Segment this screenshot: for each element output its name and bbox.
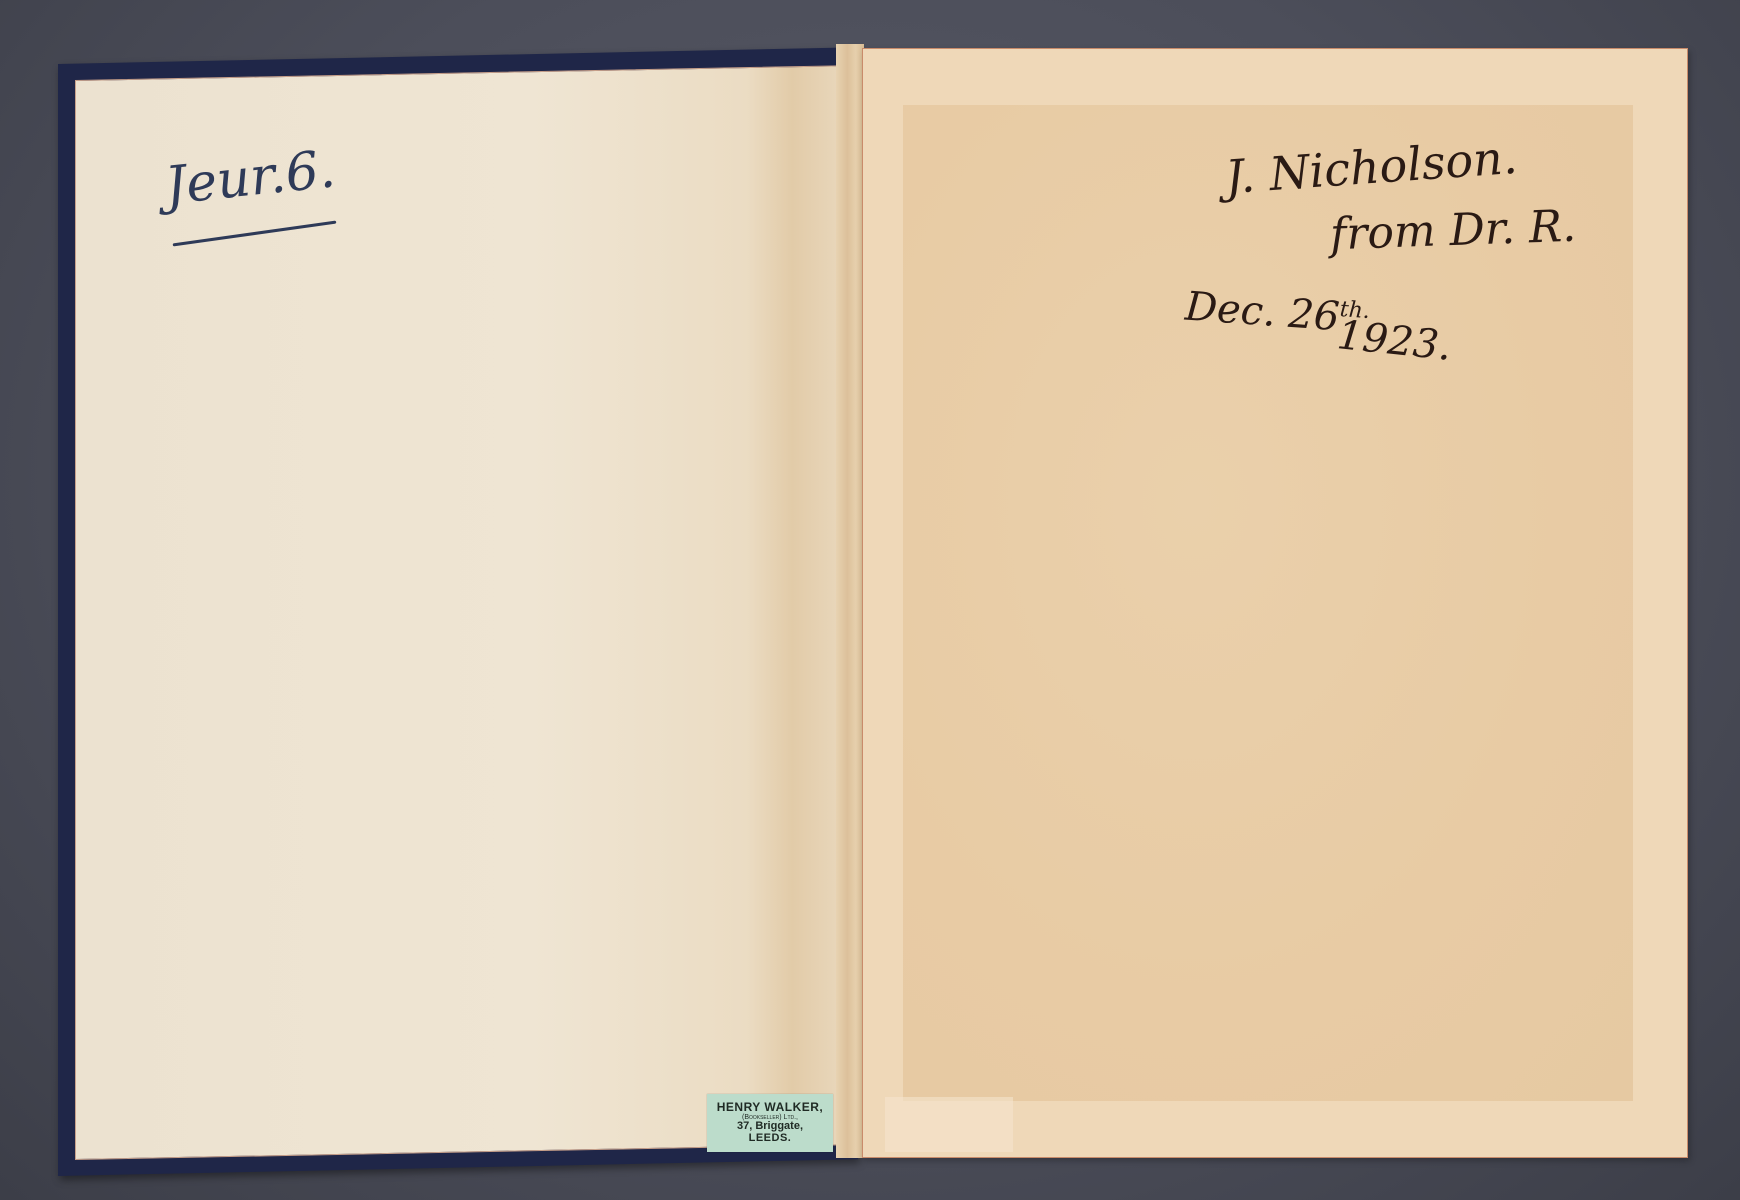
inscription-from: from Dr. R. <box>1329 201 1577 261</box>
bookseller-label: HENRY WALKER, (Bookseller) Ltd., 37, Bri… <box>707 1094 833 1152</box>
offset-label-patch <box>885 1097 1013 1152</box>
label-line-1: HENRY WALKER, <box>707 1101 833 1114</box>
flyleaf-toned-area <box>903 105 1633 1101</box>
book-spine-gutter <box>836 44 864 1158</box>
label-line-4: LEEDS. <box>707 1133 833 1145</box>
left-endpaper <box>75 65 839 1160</box>
